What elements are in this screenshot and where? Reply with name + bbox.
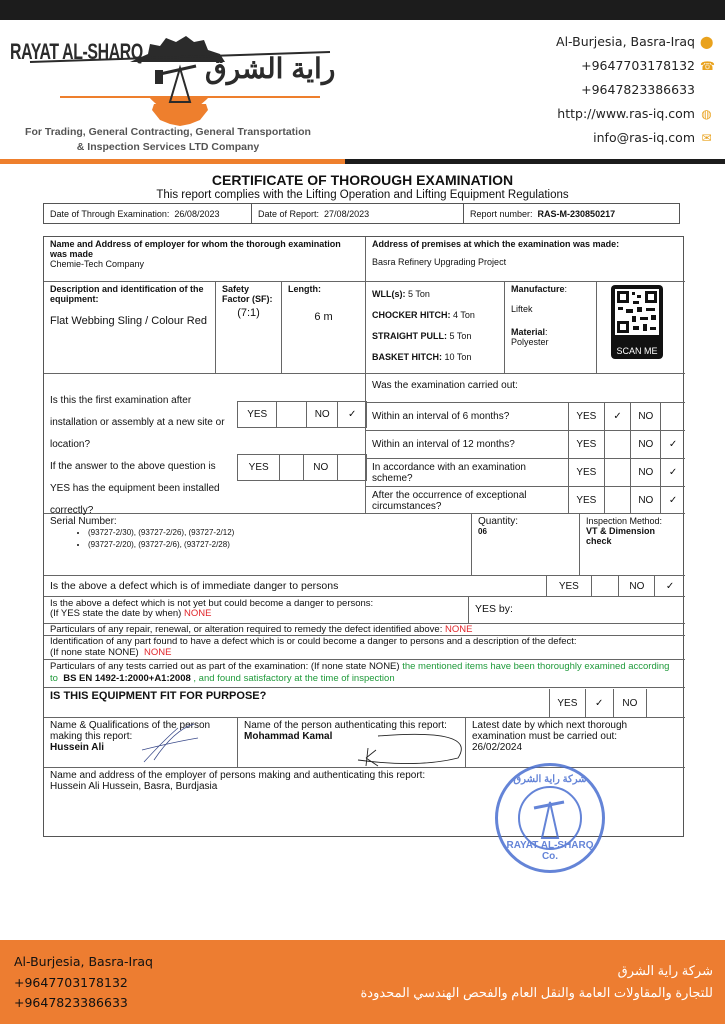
safety-factor-cell: Safety Factor (SF): (7:1): [216, 282, 282, 374]
fit-no-box[interactable]: [647, 689, 685, 718]
wll-value: 5 Ton: [408, 289, 430, 299]
repair-value: NONE: [445, 624, 472, 635]
date-bar: Date of Through Examination: 26/08/2023 …: [43, 203, 680, 224]
scheme-no-box[interactable]: ✓: [661, 459, 685, 486]
identification-row: Identification of any part found to have…: [44, 636, 685, 660]
serial-line: (93727-2/20), (93727-2/6), (93727-2/28): [88, 539, 465, 551]
examination-form: Name and Address of employer for whom th…: [43, 236, 684, 837]
next-examination-cell: Latest date by which next thorough exami…: [466, 718, 685, 768]
exam-date-cell: Date of Through Examination: 26/08/2023: [44, 204, 252, 224]
contact-phone-2[interactable]: +9647823386633: [556, 78, 713, 102]
quantity-cell: Quantity: 06: [472, 514, 580, 576]
repair-row: Particulars of any repair, renewal, or a…: [44, 624, 685, 636]
manufacture-cell: Manufacture: Liftek Material: Polyester: [505, 282, 597, 374]
fit-for-purpose-yes-no[interactable]: YES✓NO: [549, 689, 685, 718]
length-cell: Length: 6 m: [282, 282, 366, 374]
premises-value: Basra Refinery Upgrading Project: [372, 257, 679, 267]
report-maker-cell: Name & Qualifications of the person maki…: [44, 718, 238, 768]
contact-email[interactable]: info@ras-iq.com✉: [556, 126, 713, 150]
identification-value: NONE: [144, 647, 171, 658]
certificate-title: CERTIFICATE OF THOROUGH EXAMINATION: [0, 172, 725, 188]
fit-yes-box[interactable]: ✓: [586, 689, 614, 718]
test-standard: BS EN 1492-1:2000+A1:2008: [63, 673, 191, 684]
carried-out-row: Within an interval of 6 months? YES✓NO: [366, 402, 685, 430]
globe-icon: ◍: [700, 108, 713, 121]
location-pin-icon: ⬤: [700, 36, 713, 49]
equipment-description: Flat Webbing Sling / Colour Red: [50, 314, 209, 328]
installed-yes-box[interactable]: [280, 455, 304, 480]
choker-value: 4 Ton: [453, 310, 475, 320]
immediate-danger-yes-no[interactable]: YESNO✓: [546, 576, 685, 597]
report-number: RAS-M-230850217: [538, 209, 616, 219]
qr-scan-label: SCAN ME: [611, 346, 663, 356]
company-stamp: شركة راية الشرق RAYAT AL-SHARQ Co.: [495, 763, 605, 873]
exam-date: 26/08/2023: [174, 209, 219, 219]
certificate-subtitle: This report complies with the Lifting Op…: [0, 189, 725, 201]
six-months-yes-box[interactable]: ✓: [605, 403, 632, 430]
exceptional-yes-box[interactable]: [605, 487, 632, 514]
qr-code-icon: [615, 289, 659, 335]
twelve-months-yes-box[interactable]: [605, 431, 632, 458]
basket-value: 10 Ton: [445, 352, 472, 362]
material-value: Polyester: [511, 337, 590, 347]
contact-block: Al-Burjesia, Basra-Iraq⬤ +9647703178132☎…: [556, 30, 713, 150]
scheme-yes-box[interactable]: [605, 459, 632, 486]
footer-contacts: Al-Burjesia, Basra-Iraq +9647703178132 +…: [14, 952, 153, 1014]
report-number-cell: Report number: RAS-M-230850217: [464, 204, 680, 224]
straight-value: 5 Ton: [450, 331, 472, 341]
signature-authenticator-icon: [328, 728, 468, 768]
qr-cell: SCAN ME: [597, 282, 685, 374]
question-first-exam: Is this the first examination after inst…: [50, 390, 235, 456]
report-date: 27/08/2023: [324, 209, 369, 219]
employer-value: Chemie-Tech Company: [50, 259, 359, 269]
company-tagline: For Trading, General Contracting, Genera…: [18, 125, 318, 155]
installed-no-box[interactable]: [338, 455, 366, 480]
first-exam-yes-box[interactable]: [277, 402, 307, 427]
logo-text-english: RAYAT AL-SHARQ: [10, 39, 143, 65]
header-stripe-dark: [345, 159, 725, 164]
header-stripe-orange: [0, 159, 345, 164]
installed-correctly-yes-no[interactable]: YES NO: [237, 454, 367, 481]
logo-text-arabic: راية الشرق: [205, 52, 335, 85]
contact-address: Al-Burjesia, Basra-Iraq⬤: [556, 30, 713, 54]
serial-list: (93727-2/30), (93727-2/26), (93727-2/12)…: [88, 527, 465, 551]
exceptional-no-box[interactable]: ✓: [661, 487, 685, 514]
safety-factor: (7:1): [222, 307, 275, 319]
yes-by-cell: YES by:: [469, 597, 685, 624]
manufacture-value: Liftek: [511, 304, 590, 314]
first-exam-no-box[interactable]: ✓: [338, 402, 366, 427]
phone-icon: ☎: [700, 60, 713, 73]
future-danger-cell: Is the above a defect which is not yet b…: [44, 597, 469, 624]
question-installed-correctly: If the answer to the above question is Y…: [50, 456, 235, 522]
carried-out-row: Within an interval of 12 months? YESNO✓: [366, 430, 685, 458]
carried-out-cell: Was the examination carried out: Within …: [366, 374, 685, 514]
length: 6 m: [288, 311, 359, 323]
top-bar: [0, 0, 725, 20]
serial-line: (93727-2/30), (93727-2/26), (93727-2/12): [88, 527, 465, 539]
tests-row: Particulars of any tests carried out as …: [44, 660, 685, 688]
left-questions-cell: Is this the first examination after inst…: [44, 374, 366, 514]
inspection-method-cell: Inspection Method: VT & Dimension check: [580, 514, 685, 576]
serial-number-cell: Serial Number: (93727-2/30), (93727-2/26…: [44, 514, 472, 576]
envelope-icon: ✉: [700, 132, 713, 145]
carried-out-row: After the occurrence of exceptional circ…: [366, 486, 685, 514]
quantity-value: 06: [478, 527, 573, 536]
authenticator-name: Mohammad Kamal: [244, 731, 332, 742]
inspection-method-value: VT & Dimension check: [586, 526, 679, 546]
first-exam-yes-no[interactable]: YES NO ✓: [237, 401, 367, 428]
authenticator-cell: Name of the person authenticating this r…: [238, 718, 466, 768]
report-date-cell: Date of Report: 27/08/2023: [252, 204, 464, 224]
equipment-description-cell: Description and identification of the eq…: [44, 282, 216, 374]
signature-maker-icon: [134, 720, 204, 765]
footer-arabic-name: شركة راية الشرق للتجارة والمقاولات العام…: [361, 960, 714, 1004]
contact-phone-1[interactable]: +9647703178132☎: [556, 54, 713, 78]
premises-cell: Address of premises at which the examina…: [366, 237, 685, 282]
immediate-yes-box[interactable]: [592, 576, 620, 597]
six-months-no-box[interactable]: [661, 403, 685, 430]
qr-code[interactable]: SCAN ME: [611, 285, 663, 359]
future-danger-value: NONE: [184, 608, 211, 619]
next-examination-date: 26/02/2024: [472, 742, 679, 753]
employer-cell: Name and Address of employer for whom th…: [44, 237, 366, 282]
wll-cell: WLL(s): 5 Ton CHOCKER HITCH: 4 Ton STRAI…: [366, 282, 505, 374]
immediate-no-box[interactable]: ✓: [655, 576, 685, 597]
carried-out-row: In accordance with an examination scheme…: [366, 458, 685, 486]
twelve-months-no-box[interactable]: ✓: [661, 431, 685, 458]
contact-website[interactable]: http://www.ras-iq.com◍: [556, 102, 713, 126]
